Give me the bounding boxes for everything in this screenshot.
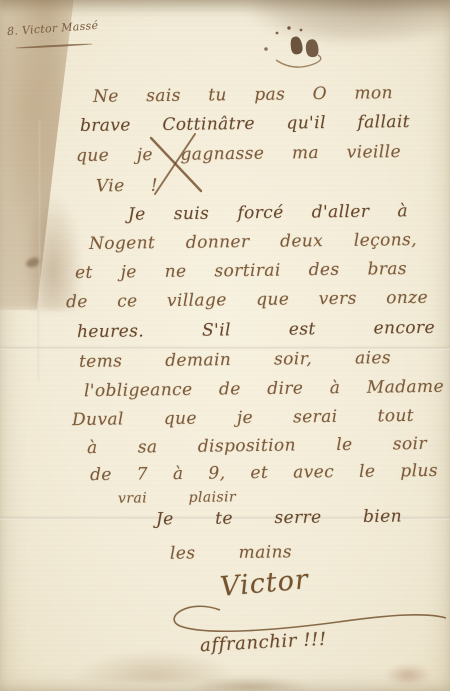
letter-line: que je gagnasse ma vieille bbox=[76, 143, 401, 167]
paper-stain-left bbox=[18, 180, 88, 310]
letter-line: l'obligeance de dire à Madame bbox=[84, 378, 444, 402]
letter-line: et je ne sortirai des bras bbox=[75, 260, 407, 284]
letter-line: brave Cottinâtre qu'il fallait bbox=[80, 113, 410, 137]
letter-line: Ne sais tu pas O mon bbox=[93, 84, 393, 107]
letter-line: à sa disposition le soir bbox=[87, 435, 427, 459]
letter-line: tems demain soir, aies bbox=[79, 349, 391, 372]
letter-line: vrai plaisir bbox=[118, 489, 236, 507]
letter-line: de ce village que vers onze bbox=[66, 289, 428, 313]
ink-blot-icon bbox=[262, 22, 342, 70]
fold-crease-vertical bbox=[38, 120, 40, 380]
letter-line: heures. S'il est encore bbox=[77, 319, 435, 343]
letter-line: Je te serre bien bbox=[156, 507, 402, 530]
letter-line: Vie ! bbox=[96, 177, 158, 197]
letter-line: les mains bbox=[170, 543, 292, 564]
letter-line: Nogent donner deux leçons, bbox=[89, 231, 417, 255]
paper-shade-top-edge bbox=[0, 0, 450, 14]
letter-line: de 7 à 9, et avec le plus bbox=[90, 462, 438, 486]
letter-photo: 8. Victor Massé Ne sais tu pas O mon bra… bbox=[0, 0, 450, 691]
paper-stain-bottom-right bbox=[385, 664, 431, 686]
letter-line: Duval que je serai tout bbox=[72, 407, 414, 431]
letter-line: Je suis forcé d'aller à bbox=[128, 202, 408, 225]
paper-stain-bottom-center bbox=[190, 676, 310, 690]
